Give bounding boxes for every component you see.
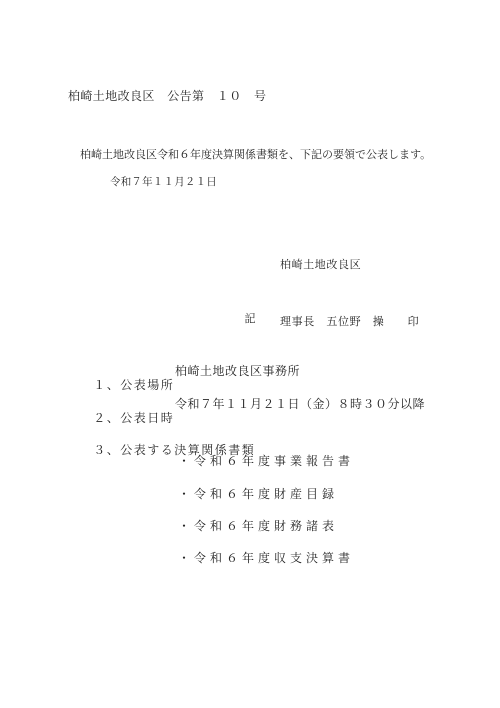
document-list-item: ・令和６年度財産目録 [178,485,338,502]
numbered-item-datetime-label: ２、公表日時 [93,411,174,425]
record-heading: 記 [0,310,500,326]
notice-title: 柏崎土地改良区 公告第 １０ 号 [68,87,266,104]
notice-date: 令和７年１１月２１日 [110,174,217,189]
numbered-item-datetime-value: 令和７年１１月２１日（金）８時３０分以降 [175,395,425,412]
numbered-item-place-label: １、公表場所 [93,378,174,392]
document-list-item: ・令和６年度財務諸表 [178,517,338,534]
notice-document-page: 柏崎土地改良区 公告第 １０ 号 柏崎土地改良区令和６年度決算関係書類を、下記の… [0,0,500,708]
document-list-item: ・令和６年度事業報告書 [178,452,354,469]
numbered-item-place-value: 柏崎土地改良区事務所 [175,362,300,379]
notice-body-text: 柏崎土地改良区令和６年度決算関係書類を、下記の要領で公表します。 [80,146,431,162]
issuer-block: 柏崎土地改良区 理事長 五位野 操 印 [280,217,419,369]
document-list-item: ・令和６年度収支決算書 [178,549,354,566]
issuer-organization: 柏崎土地改良区 [280,255,419,274]
